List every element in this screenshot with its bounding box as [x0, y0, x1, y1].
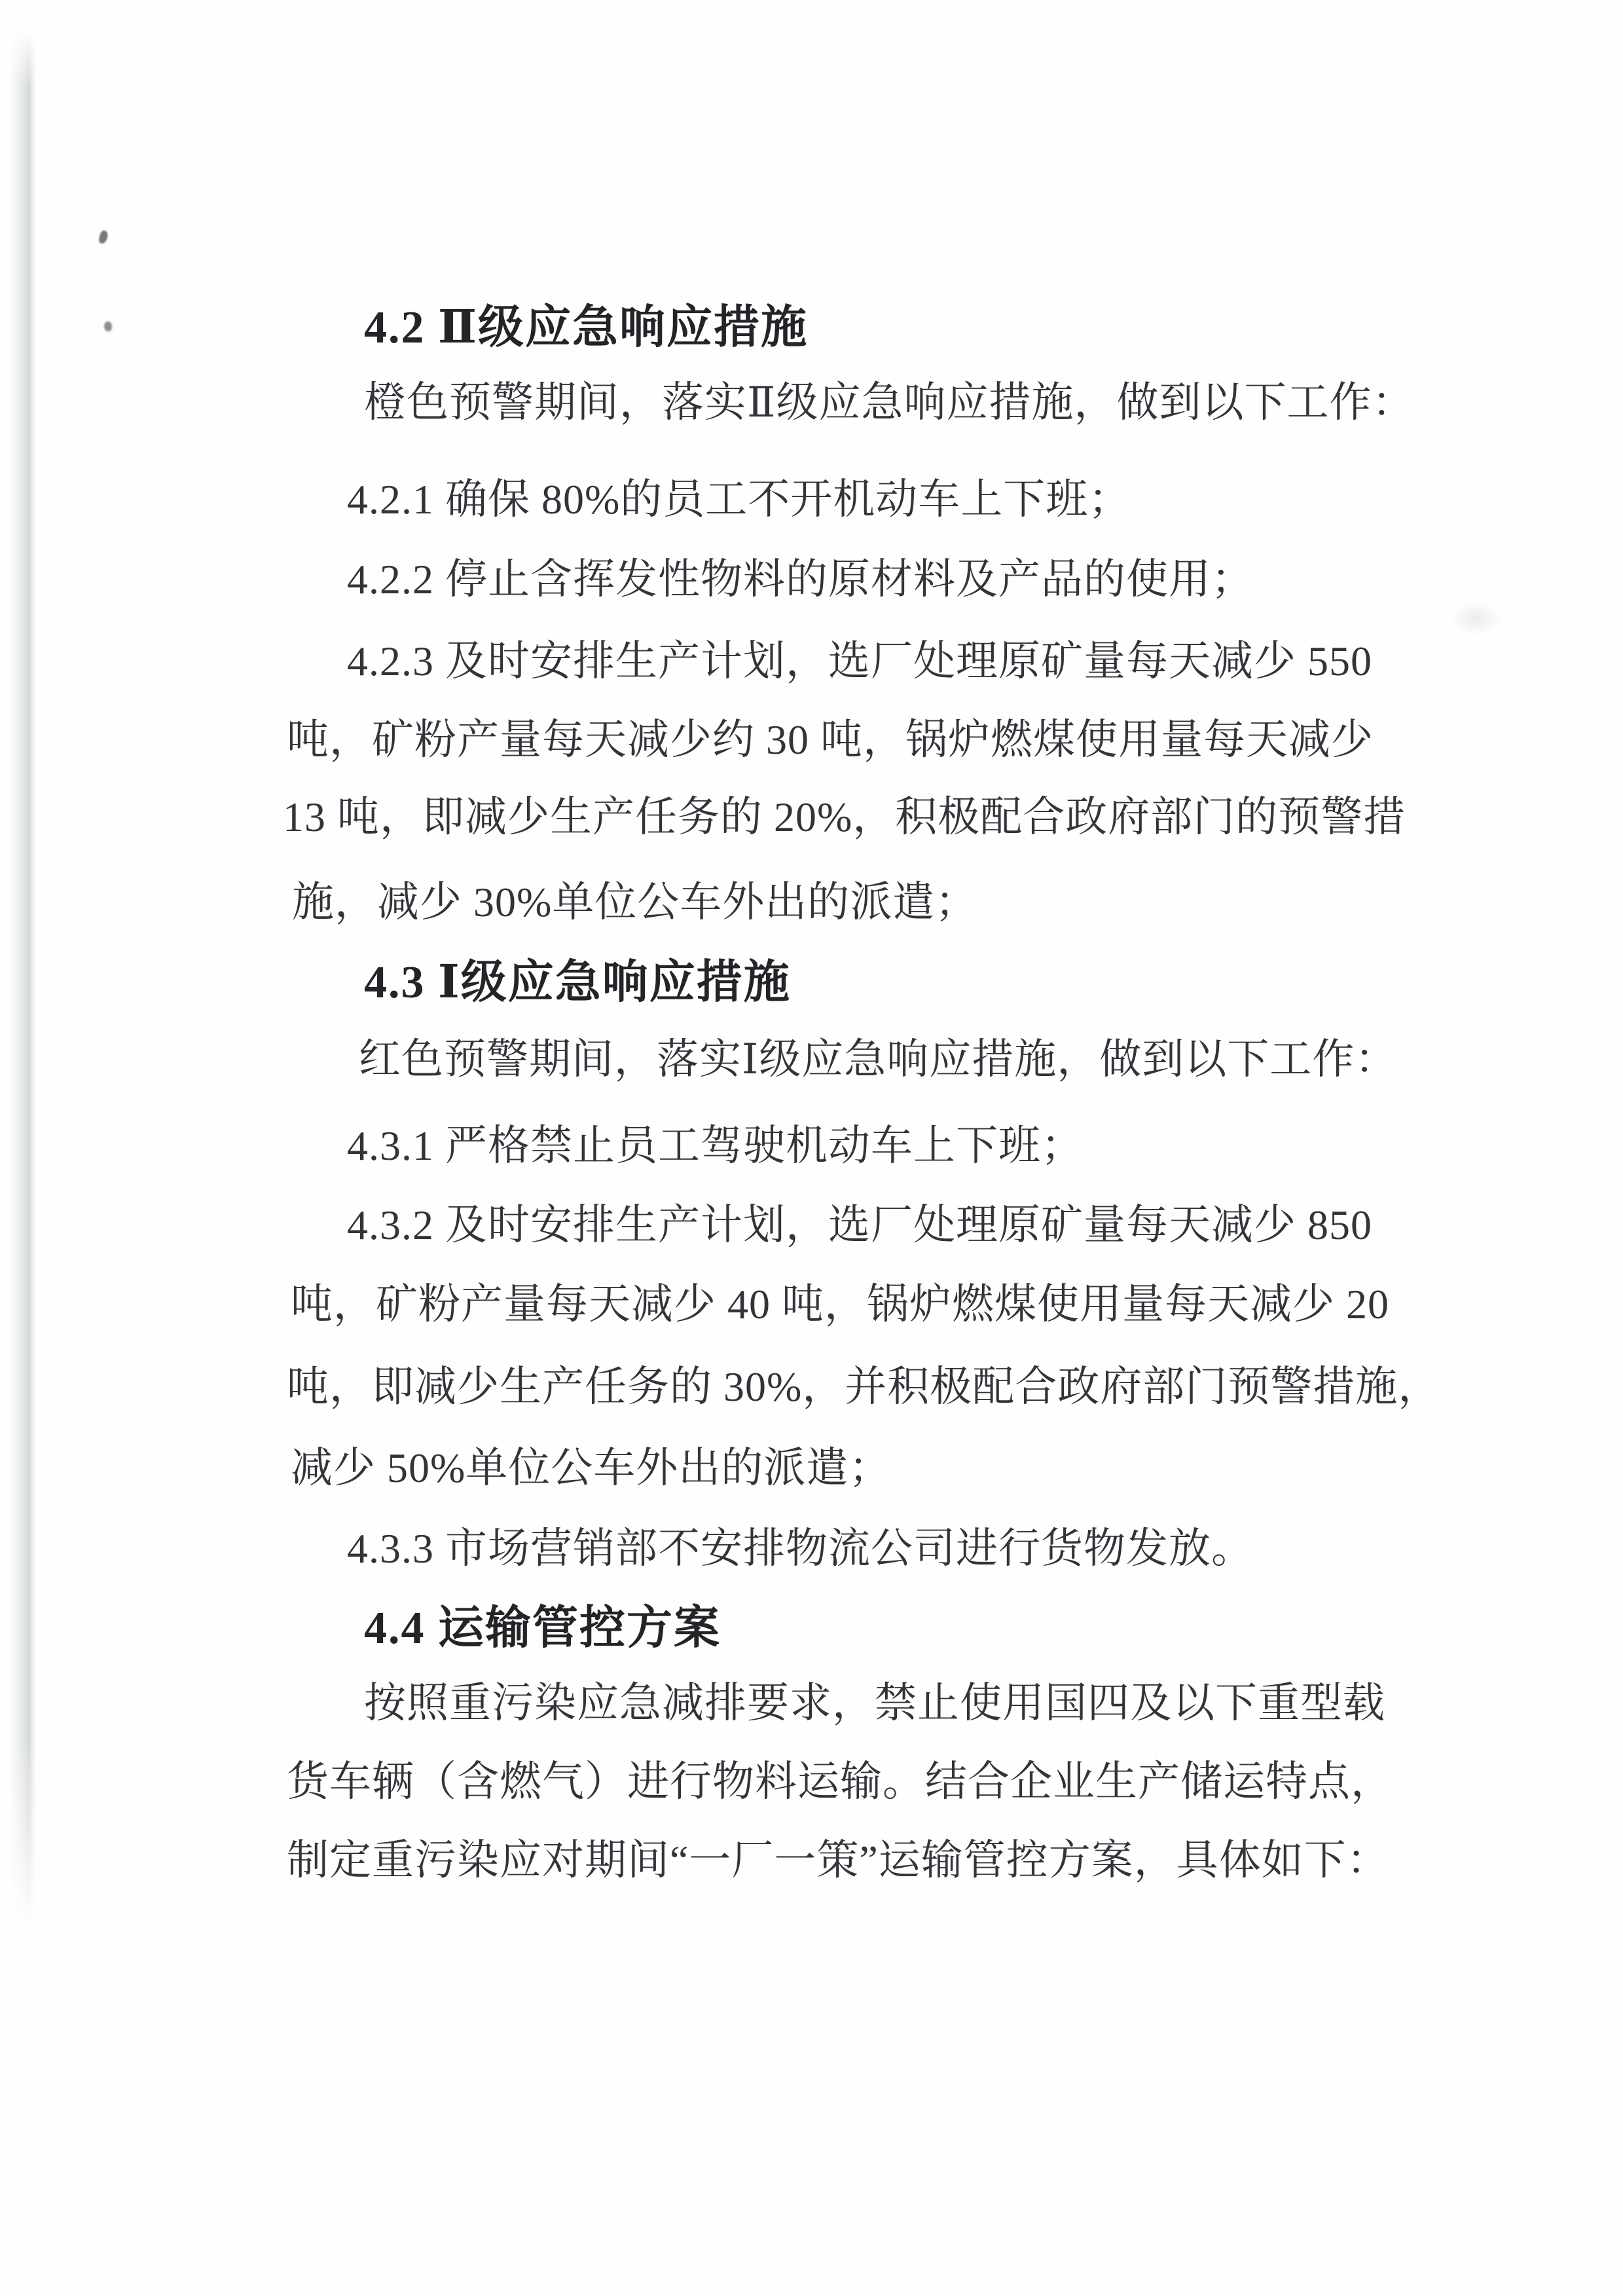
item-4-3-2-line-4: 减少 50%单位公车外出的派遣；: [291, 1445, 891, 1491]
section-4-3-heading: 4.3 Ⅰ级应急响应措施: [364, 957, 791, 1008]
item-4-2-3-line-3: 13 吨，即减少生产任务的 20%，积极配合政府部门的预警措: [283, 794, 1406, 840]
item-4-2-2: 4.2.2 停止含挥发性物料的原材料及产品的使用；: [347, 557, 1254, 602]
section-4-3-intro: 红色预警期间，落实Ⅰ级应急响应措施，做到以下工作：: [359, 1037, 1397, 1083]
section-4-4-para-line-2: 货车辆（含燃气）进行物料运输。结合企业生产储运特点，: [287, 1759, 1393, 1805]
item-4-3-2-line-3: 吨，即减少生产任务的 30%，并积极配合政府部门预警措施，: [287, 1364, 1440, 1410]
section-4-2-heading: 4.2 Ⅱ级应急响应措施: [364, 303, 808, 353]
item-4-3-3: 4.3.3 市场营销部不安排物流公司进行货物发放。: [347, 1526, 1254, 1572]
scan-smudge: [1450, 602, 1503, 635]
ink-speck: [103, 321, 113, 333]
scan-edge-shadow: [9, 30, 37, 1929]
item-4-2-3-line-2: 吨，矿粉产量每天减少约 30 吨，锅炉燃煤使用量每天减少: [287, 717, 1374, 763]
ink-speck: [98, 230, 109, 244]
item-4-3-2-line-2: 吨，矿粉产量每天减少 40 吨，锅炉燃煤使用量每天减少 20: [291, 1282, 1389, 1327]
section-4-4-para-line-3: 制定重污染应对期间“一厂一策”运输管控方案，具体如下：: [287, 1838, 1389, 1883]
section-4-4-para-line-1: 按照重污染应急减排要求，禁止使用国四及以下重型载: [364, 1680, 1385, 1726]
section-4-2-intro: 橙色预警期间，落实Ⅱ级应急响应措施，做到以下工作：: [364, 380, 1415, 426]
item-4-2-3-line-4: 施，减少 30%单位公车外出的派遣；: [292, 880, 977, 925]
item-4-3-1: 4.3.1 严格禁止员工驾驶机动车上下班；: [347, 1123, 1084, 1169]
item-4-3-2-line-1: 4.3.2 及时安排生产计划，选厂处理原矿量每天减少 850: [347, 1202, 1372, 1248]
item-4-2-3-line-1: 4.2.3 及时安排生产计划，选厂处理原矿量每天减少 550: [347, 639, 1372, 684]
section-4-4-heading: 4.4 运输管控方案: [364, 1603, 721, 1654]
item-4-2-1: 4.2.1 确保 80%的员工不开机动车上下班；: [347, 477, 1131, 523]
scanned-document-page: 4.2 Ⅱ级应急响应措施 橙色预警期间，落实Ⅱ级应急响应措施，做到以下工作： 4…: [0, 0, 1623, 2296]
